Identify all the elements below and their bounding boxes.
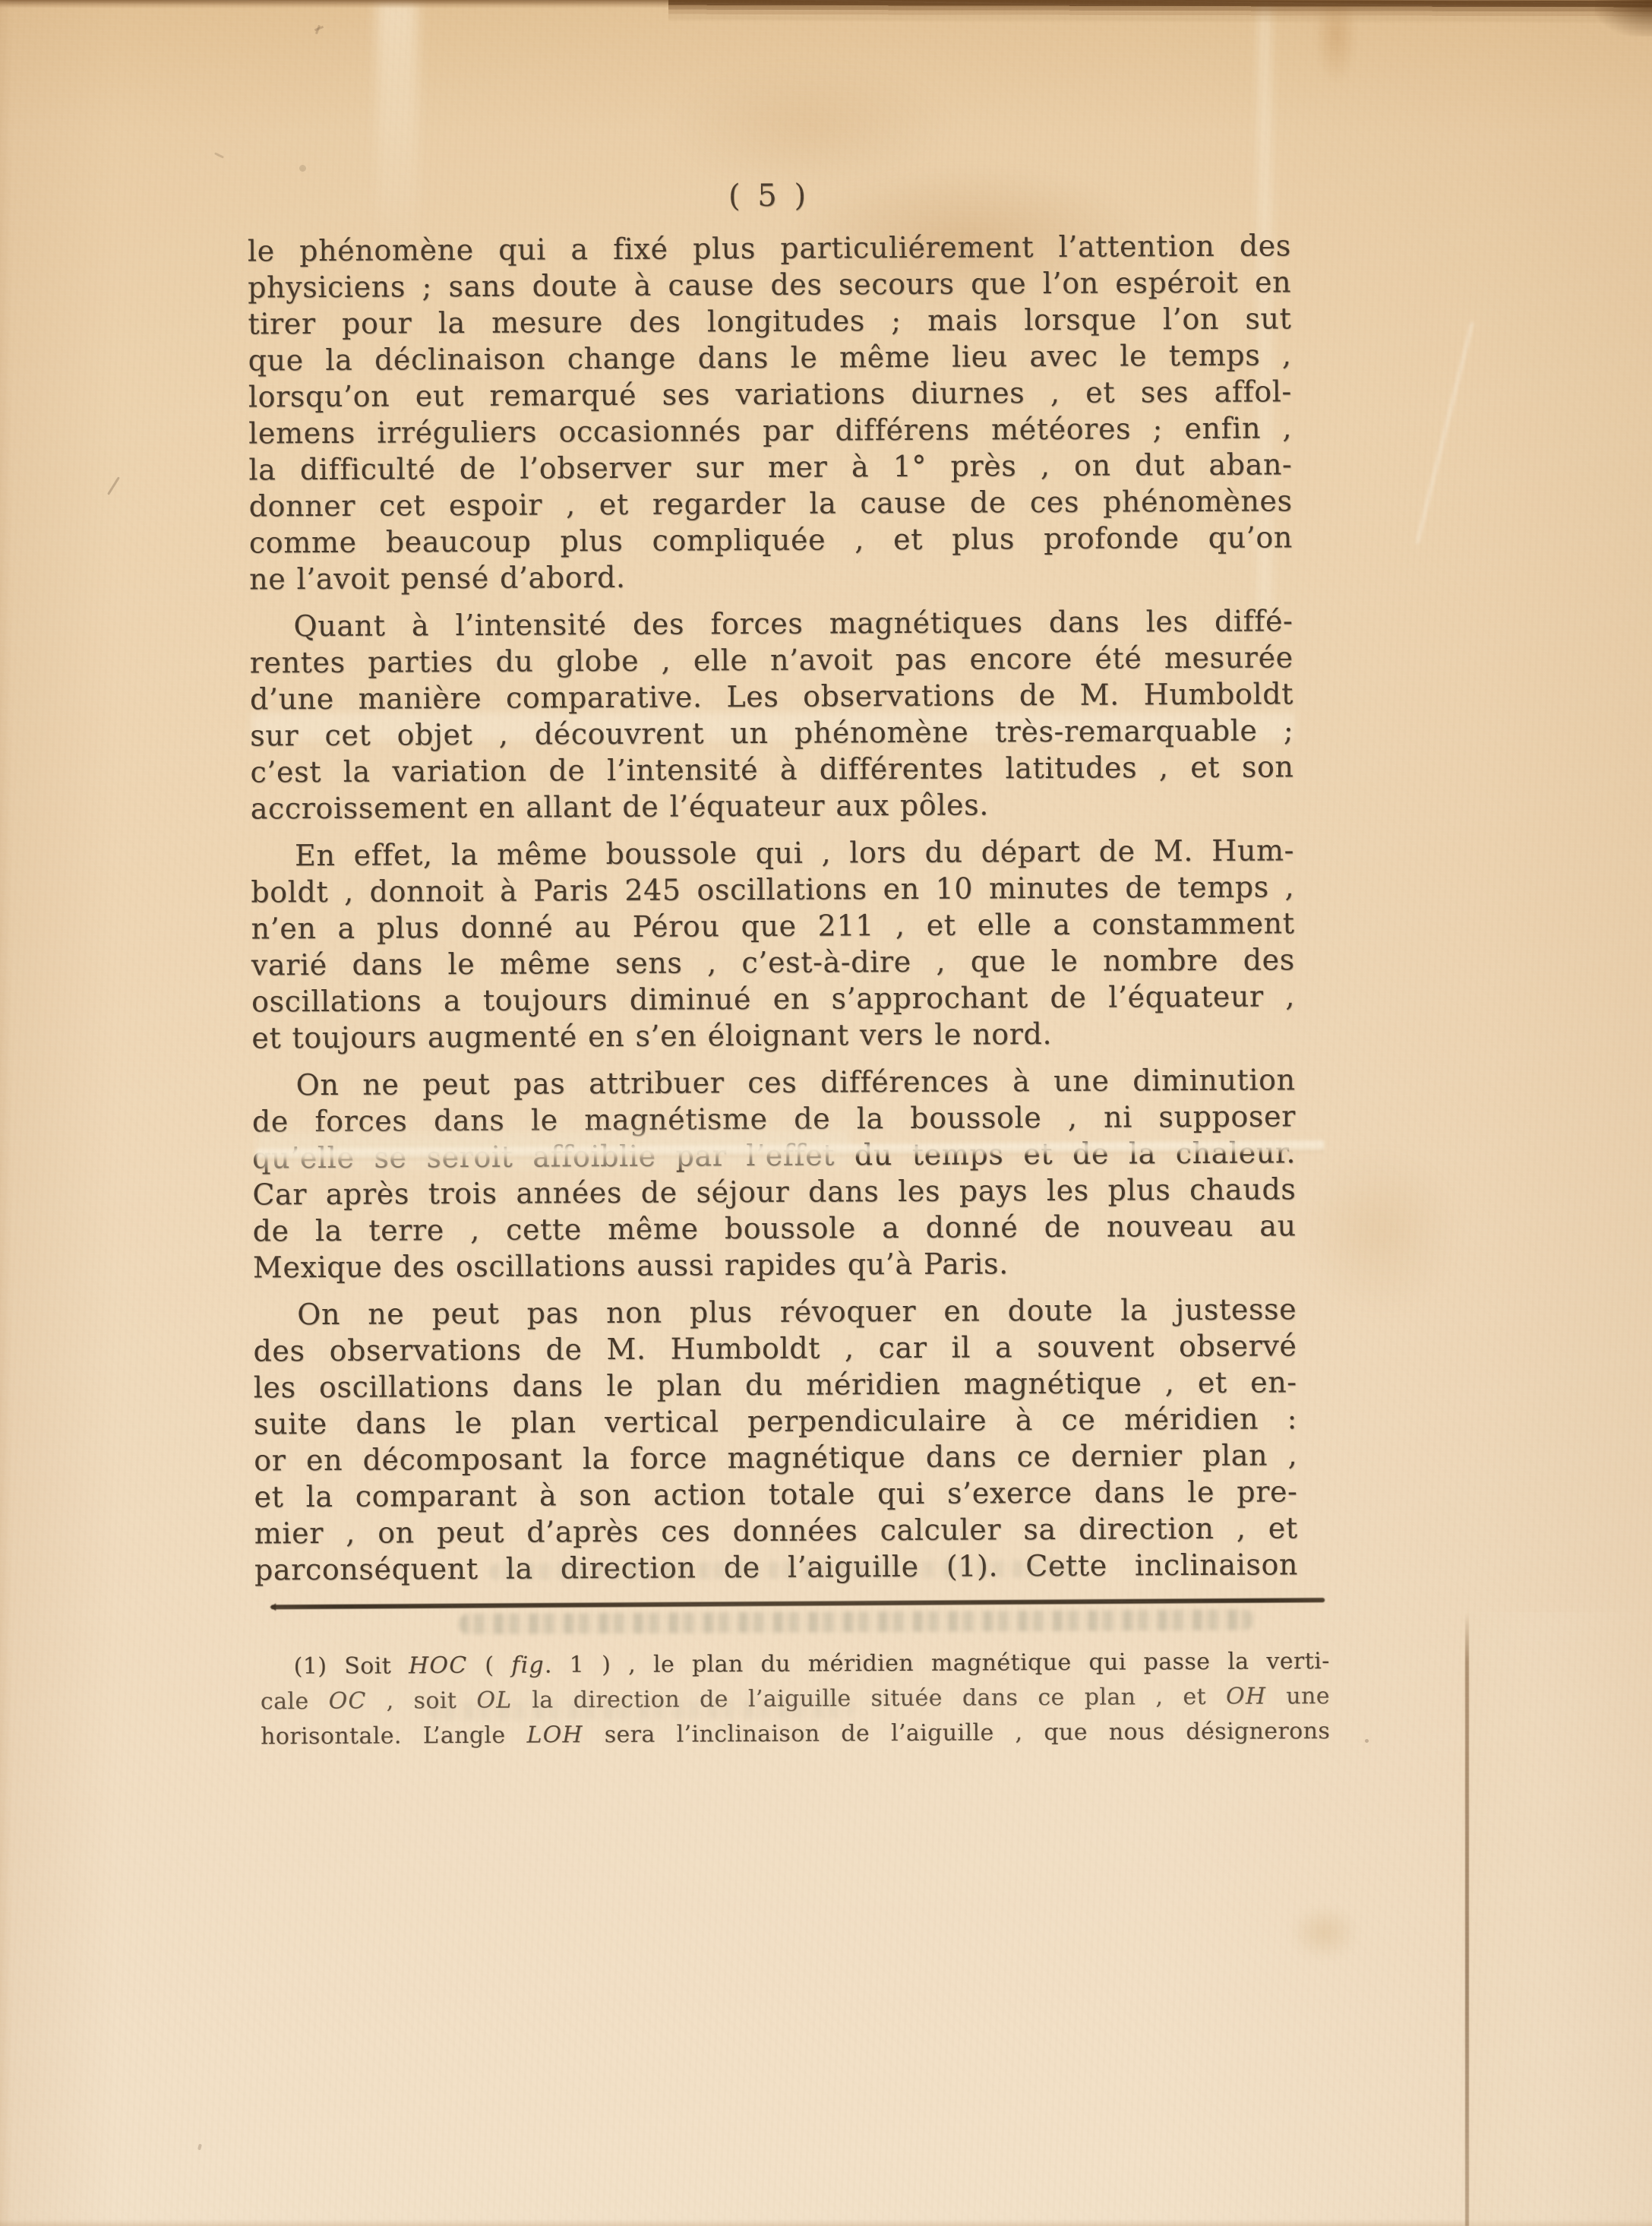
paper-crease-fade [257, 1130, 850, 1169]
scanned-book-page: ( 5 ) le phénomène qui a fixé plus parti… [0, 0, 1652, 2226]
page-bottom-edge-shade [0, 2219, 1652, 2226]
text-line: donner cet espoir , et regarder la cause… [249, 482, 1293, 524]
page-top-edge-shadow [668, 0, 1652, 24]
footnote-separator-rule [270, 1598, 1325, 1609]
text-line: En effet, la même boussole qui , lors du… [251, 832, 1294, 874]
text-line: Quant à l’intensité des forces magnétiqu… [249, 602, 1293, 644]
text-line: parconséquent la direction de l’aiguille… [254, 1546, 1298, 1588]
text-line: lorsqu’on eut remarqué ses variations di… [248, 373, 1292, 415]
text-line: oscillations a toujours diminué en s’app… [251, 978, 1295, 1020]
text-line: Mexique des oscillations aussi rapides q… [253, 1244, 1297, 1285]
ink-speck [197, 2144, 202, 2151]
paper-stain-drip [1311, 3, 1361, 106]
bleedthrough-text [489, 1560, 1082, 1580]
ink-speck [107, 476, 120, 495]
text-line: physiciens ; sans doute à cause des seco… [248, 264, 1291, 305]
paragraph: le phénomène qui a fixé plus particuliér… [248, 227, 1293, 597]
bleedthrough-text [459, 1610, 1253, 1634]
text-line: c’est la variation de l’intensité à diff… [250, 748, 1293, 790]
text-line: qu’elle se seroit affoiblie par l’effet … [252, 1134, 1296, 1176]
paper-stain [1290, 1905, 1360, 1960]
page-corner-shadow [1595, 0, 1652, 36]
footnote-line: cale OC , soit OL la direction de l’aigu… [261, 1679, 1330, 1719]
paragraph: On ne peut pas attribuer ces différences… [252, 1061, 1297, 1285]
footnote-line: (1) Soit HOC ( fig. 1 ) , le plan du mér… [261, 1644, 1330, 1684]
text-line: rentes parties du globe , elle n’avoit p… [250, 639, 1293, 681]
paragraph: En effet, la même boussole qui , lors du… [251, 832, 1295, 1056]
page-left-edge-shade [0, 0, 12, 2226]
text-line: ne l’avoit pensé d’abord. [249, 555, 1293, 597]
text-line: mier , on peut d’après ces données calcu… [254, 1510, 1298, 1551]
page-number: ( 5 ) [247, 175, 1290, 217]
text-line: varié dans le même sens , c’est-à-dire ,… [251, 941, 1295, 983]
paper-sheen-band [251, 713, 1295, 740]
text-line: n’en a plus donné au Pérou que 211 , et … [251, 905, 1294, 947]
text-line: On ne peut pas attribuer ces différences… [252, 1061, 1296, 1103]
text-line: de la terre , cette même boussole a donn… [253, 1207, 1297, 1249]
page-fold-line [1465, 1612, 1469, 2226]
text-line: tirer pour la mesure des longitudes ; ma… [248, 300, 1291, 342]
ink-speck [299, 165, 306, 172]
page-edge-strip [1469, 1612, 1652, 2226]
ink-speck [314, 26, 324, 31]
page-top-edge-shadow [0, 0, 1652, 8]
bleedthrough-text [429, 1700, 854, 1720]
text-line: la difficulté de l’observer sur mer à 1°… [248, 446, 1292, 488]
text-line: des observations de M. Humboldt , car il… [253, 1327, 1297, 1369]
text-line: suite dans le plan vertical perpendicula… [254, 1400, 1297, 1442]
text-line: que la déclinaison change dans le même l… [248, 337, 1292, 378]
body-text: le phénomène qui a fixé plus particuliér… [248, 227, 1298, 1588]
text-line: les oscillations dans le plan du méridie… [254, 1364, 1297, 1405]
ink-speck [214, 152, 224, 158]
ink-speck [315, 25, 321, 34]
text-line: lemens irréguliers occasionnés par diffé… [248, 409, 1292, 451]
text-line: sur cet objet , découvrent un phénomène … [250, 712, 1293, 754]
text-line: Car après trois années de séjour dans le… [252, 1171, 1296, 1213]
footnote: (1) Soit HOC ( fig. 1 ) , le plan du mér… [261, 1644, 1331, 1754]
paper-crease [256, 1138, 1324, 1161]
text-line: boldt , donnoit à Paris 245 oscillations… [251, 868, 1294, 910]
paper-streak [1258, 0, 1271, 631]
text-line: de forces dans le magnétisme de la bouss… [252, 1098, 1296, 1140]
text-line: On ne peut pas non plus révoquer en dout… [253, 1291, 1297, 1333]
text-line: d’une manière comparative. Les observati… [250, 675, 1293, 717]
paragraph: On ne peut pas non plus révoquer en dout… [253, 1291, 1298, 1588]
text-line: le phénomène qui a fixé plus particuliér… [248, 227, 1291, 269]
text-line: et la comparant à son action totale qui … [254, 1473, 1297, 1515]
text-line: comme beaucoup plus compliquée , et plus… [249, 519, 1293, 561]
paper-stain [1303, 1152, 1455, 1311]
paper-crease [1416, 322, 1474, 544]
text-line: et toujours augmenté en s’en éloignant v… [251, 1014, 1295, 1056]
page-content: ( 5 ) le phénomène qui a fixé plus parti… [0, 0, 1652, 2226]
text-line: accroissement en allant de l’équateur au… [251, 785, 1294, 827]
ink-speck [1365, 1739, 1369, 1743]
paper-stain [790, 166, 1147, 314]
paper-stain [668, 65, 949, 187]
paper-streak [377, 0, 418, 258]
text-line: or en décomposant la force magnétique da… [254, 1437, 1297, 1478]
footnote-line: horisontale. L’angle LOH sera l’inclinai… [261, 1714, 1330, 1754]
paragraph: Quant à l’intensité des forces magnétiqu… [249, 602, 1293, 827]
